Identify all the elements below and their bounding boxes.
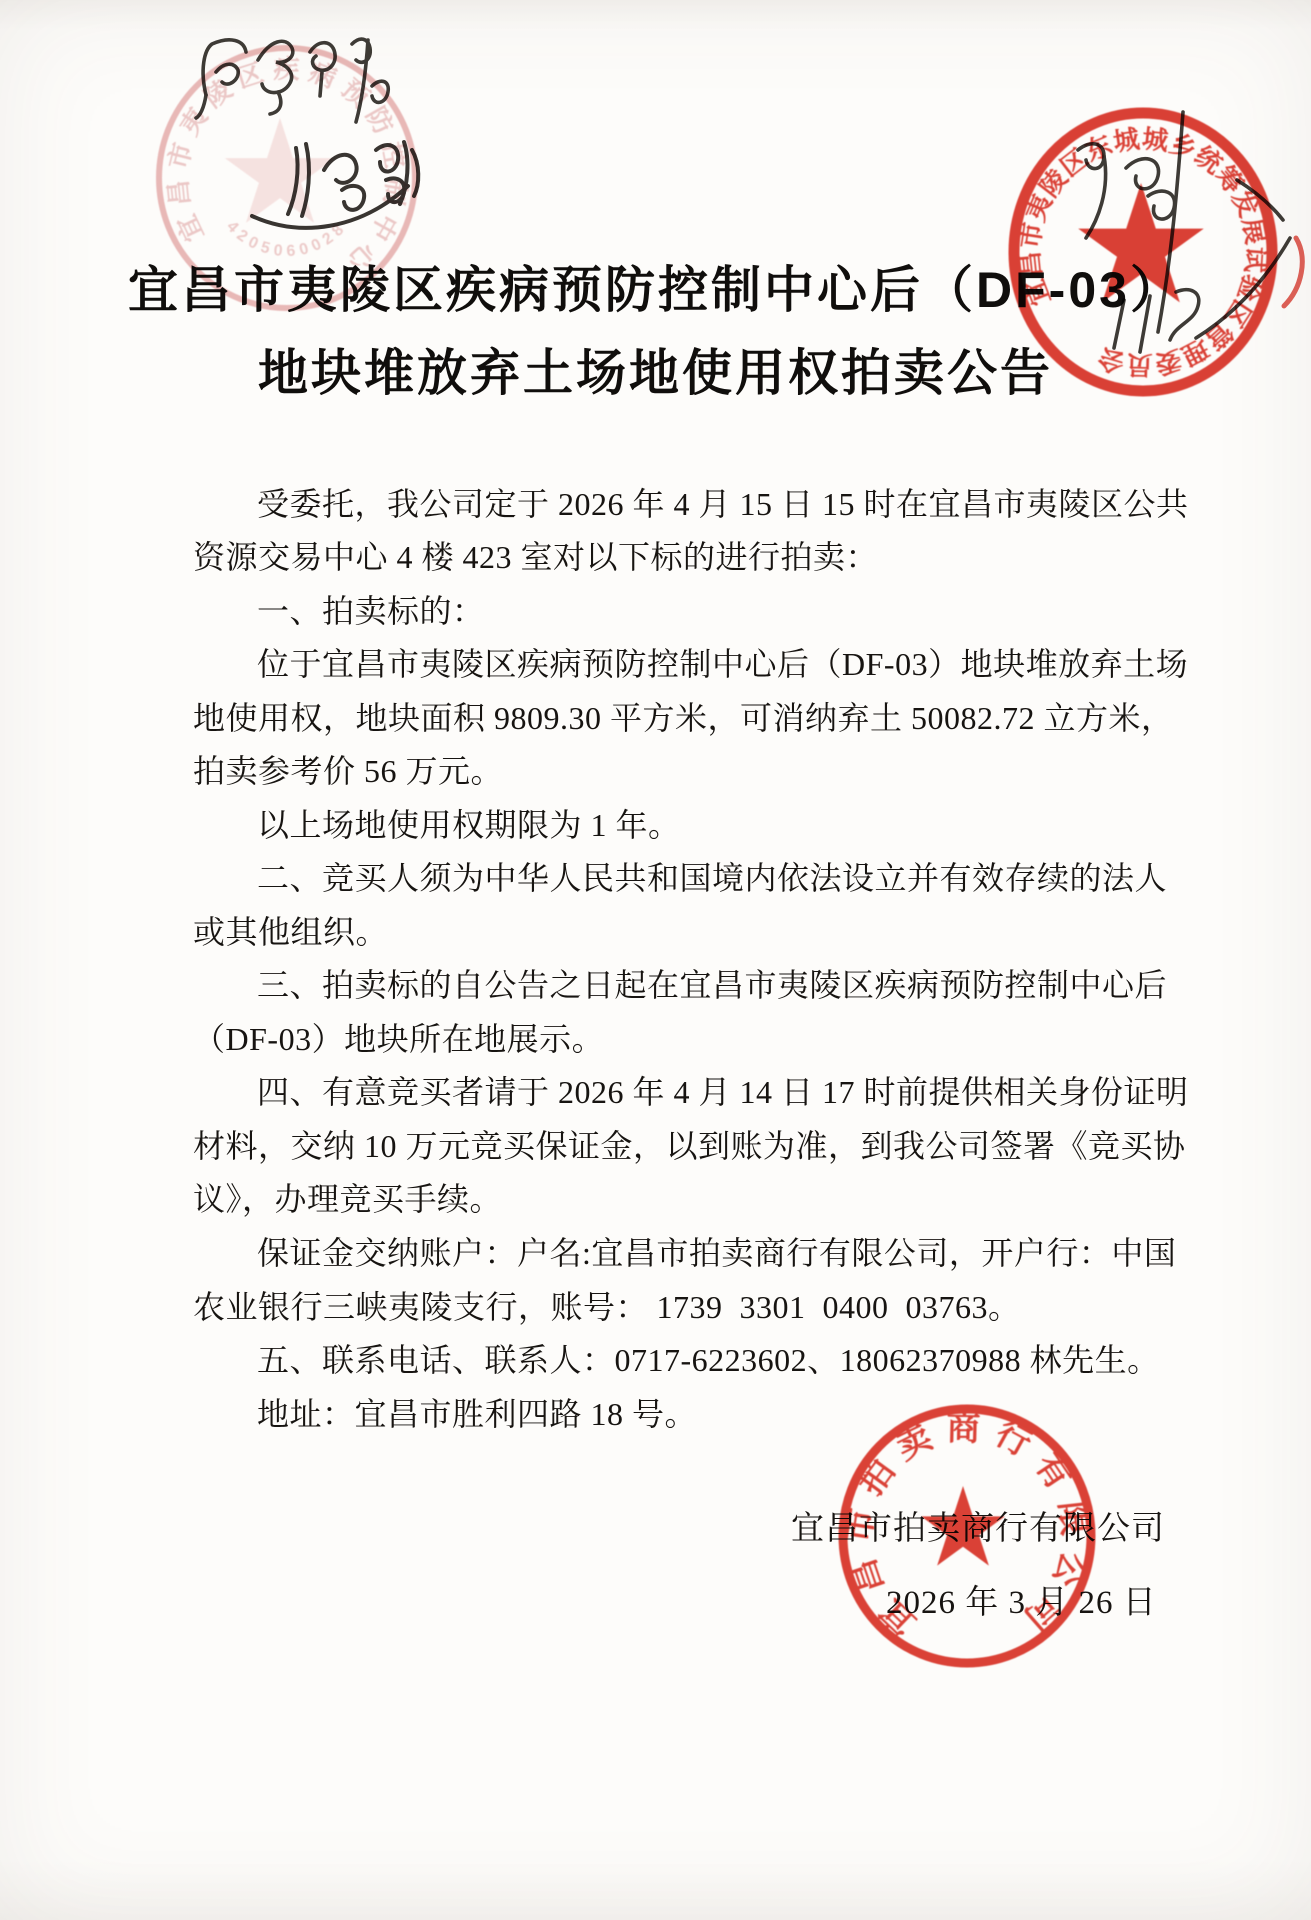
seal-smudge <box>1284 238 1302 306</box>
handwritten-approval-note <box>196 39 388 122</box>
handwriting-overlay <box>0 0 1311 1920</box>
handwritten-signature <box>252 142 418 228</box>
document-page: 宜昌市夷陵区疾病预防控制中心后（DF-03） 地块堆放弃土场地使用权拍卖公告 受… <box>0 0 1311 1920</box>
handwritten-signature-top-right <box>1078 112 1290 352</box>
